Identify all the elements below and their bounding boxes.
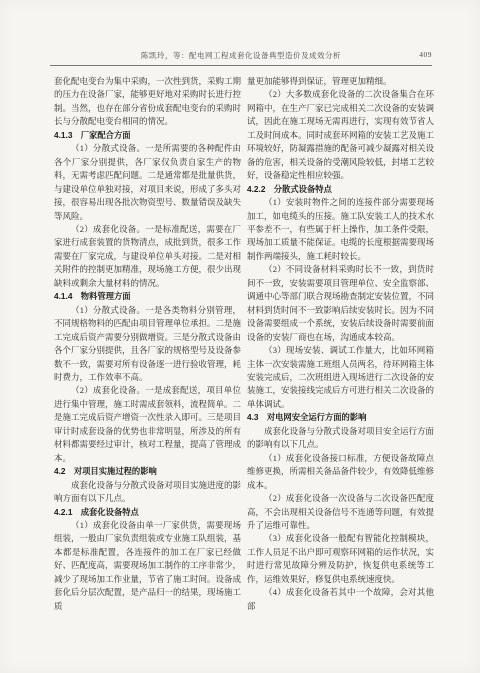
- right-column: 量更加能够得到保证，管理更加精细。（2）大多数成套化设备的二次设备集合在环网箱中…: [247, 75, 434, 613]
- paragraph: （1）分散式设备。一是所需要的各种配件由各个厂家分别提供，各厂家仅负责自家生产的…: [54, 142, 241, 223]
- paper-page: 陈凯玲，等：配电网工程成套化设备典型造价及成效分析 409 套化配电变台为集中采…: [0, 0, 480, 673]
- paragraph: （1）安装时物件之间的连接件部分需要现场加工，如电缆头的压接。施工队安装工人的技…: [247, 196, 434, 263]
- paragraph: （2）不同设备材料采购时长不一致，到货时间不一致，安装需要项目管理单位、安全监察…: [247, 263, 434, 344]
- section-heading: 4.2.1 成套化设备特点: [54, 506, 241, 519]
- paragraph: 成套化设备与分散式设备对项目安全运行方面的影响有以下几点。: [247, 425, 434, 452]
- paragraph: 成套化设备与分散式设备对项目实施进度的影响方面有以下几点。: [54, 479, 241, 506]
- section-heading: 4.2 对项目实施过程的影响: [54, 465, 241, 478]
- left-column: 套化配电变台为集中采购，一次性到货，采购工期的压力在设备厂家，能够更好地对采购时…: [54, 75, 241, 613]
- paragraph: （2）成套化设备。一是标准配送，需要在厂家进行成套装置的货物清点，成批到货，很多…: [54, 223, 241, 290]
- paragraph: （2）成套化设备一次设备与二次设备匹配度高，不会出现相关设备信号不连通等问题，有…: [247, 492, 434, 532]
- page-number: 409: [419, 50, 432, 59]
- paragraph: （3）现场安装、调试工作量大，比如环网箱主体一次安装需施工班组人员两名，待环网箱…: [247, 344, 434, 411]
- running-title: 陈凯玲，等：配电网工程成套化设备典型造价及成效分析: [50, 50, 432, 61]
- paragraph: （2）成套化设备。一是成套配送，项目单位进行集中管理，施工时需成套领料，流程简单…: [54, 384, 241, 465]
- paragraph: （1）分散式设备。一是各类物料分别管理，不同规格物料的匹配由项目管理单位承担。二…: [54, 304, 241, 385]
- paragraph: （2）大多数成套化设备的二次设备集合在环网箱中，在生产厂家已完成相关二次设备的安…: [247, 88, 434, 182]
- paragraph: 套化配电变台为集中采购，一次性到货，采购工期的压力在设备厂家，能够更好地对采购时…: [54, 75, 241, 129]
- paragraph: 量更加能够得到保证，管理更加精细。: [247, 75, 434, 88]
- page-header: 陈凯玲，等：配电网工程成套化设备典型造价及成效分析 409: [50, 50, 432, 62]
- section-heading: 4.2.2 分散式设备特点: [247, 183, 434, 196]
- paragraph: （1）成套化设备接口标准，方便设备故障点维修更换，所需相关备品备件较少，有效降低…: [247, 452, 434, 492]
- text-columns: 套化配电变台为集中采购，一次性到货，采购工期的压力在设备厂家，能够更好地对采购时…: [54, 75, 434, 613]
- section-heading: 4.1.3 厂家配合方面: [54, 129, 241, 142]
- paragraph: （4）成套化设备若其中一个故障，会对其他部: [247, 586, 434, 613]
- paragraph: （3）成套化设备一般配有智能化控制模块，工作人员足不出户即可观察环网箱的运作状况…: [247, 532, 434, 586]
- header-divider: [50, 65, 432, 66]
- paragraph: （1）成套化设备由单一厂家供货，需要现场组装，一般由厂家负责组装或专业施工队组装…: [54, 519, 241, 613]
- section-heading: 4.1.4 物料管理方面: [54, 290, 241, 303]
- section-heading: 4.3 对电网安全运行方面的影响: [247, 411, 434, 424]
